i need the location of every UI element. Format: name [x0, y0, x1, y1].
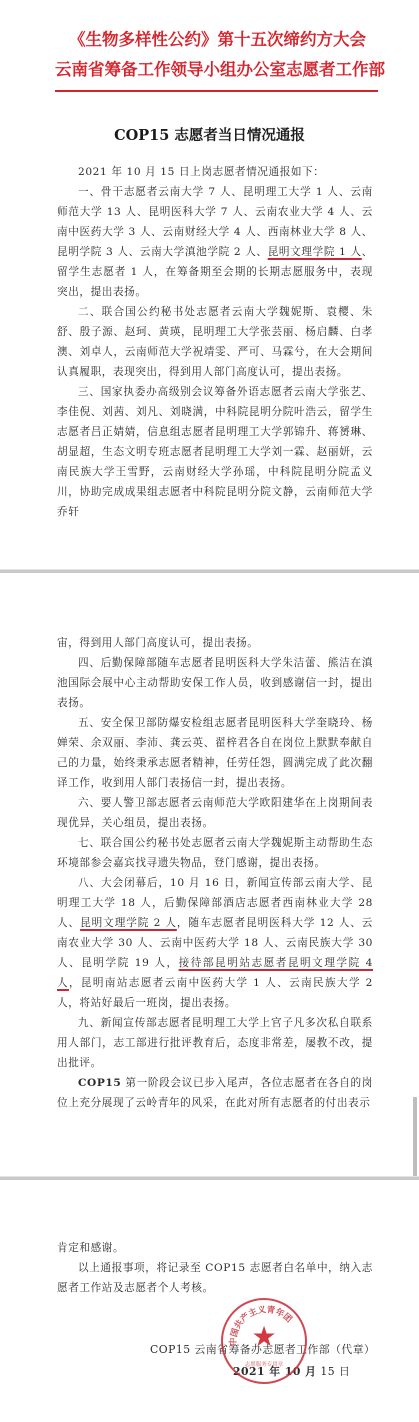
- header-red-rule: [55, 90, 378, 92]
- document-body-page-2: 宙，得到用人部门高度认可，提出表扬。 四、后勤保障部随车志愿者昆明医科大学朱洁蕾…: [57, 633, 373, 1113]
- item-3-paragraph-end: 宙，得到用人部门高度认可，提出表扬。: [57, 633, 373, 653]
- item-7-paragraph: 七、联合国公约秘书处志愿者云南大学魏妮斯主动帮助生态环境部参会嘉宾找寻遗失物品，…: [57, 833, 373, 873]
- document-body-page-1: 2021 年 10 月 15 日上岗志愿者情况通报如下： 一、骨干志愿者云南大学…: [57, 162, 373, 522]
- document-page-1: 《生物多样性公约》第十五次缔约方大会 云南省筹备工作领导小组办公室志愿者工作部 …: [0, 0, 419, 569]
- notice-paragraph: 以上通报事项，将记录至 COP15 志愿者白名单中，纳入志愿者工作站及志愿者个人…: [57, 1258, 373, 1298]
- header-title-line-1: 《生物多样性公约》第十五次缔约方大会: [55, 26, 380, 50]
- header-title-line-2: 云南省筹备工作领导小组办公室志愿者工作部: [55, 56, 380, 80]
- item-5-paragraph: 五、安全保卫部防爆安检组志愿者昆明医科大学奎晓玲、杨婵荣、余双丽、李沛、龚云英、…: [57, 713, 373, 793]
- highlight-kmwl-2: 昆明文理学院 2 人: [80, 917, 177, 929]
- item-8-paragraph: 八、大会闭幕后，10 月 16 日，新闻宣传部云南大学、昆明理工大学 18 人，…: [57, 873, 373, 1013]
- item-4-paragraph: 四、后勤保障部随车志愿者昆明医科大学朱洁蕾、熊洁在滇池国际会展中心主动帮助安保工…: [57, 653, 373, 713]
- item-9-paragraph: 九、新闻宣传部志愿者昆明理工大学上官子凡多次私自联系用人部门，志工部进行批评教育…: [57, 1013, 373, 1073]
- closing-lead: COP15: [78, 1077, 121, 1089]
- signature-date-year-month: 2021 年 10 月: [233, 1365, 316, 1378]
- item-6-paragraph: 六、要人警卫部志愿者云南师范大学欧阳建华在上岗期间表现优异，关心组员，提出表扬。: [57, 793, 373, 833]
- document-body-page-3: 肯定和感谢。 以上通报事项，将记录至 COP15 志愿者白名单中，纳入志愿者工作…: [57, 1238, 373, 1298]
- signature-block: COP15 云南省筹备办志愿者工作部（代章） 2021 年 10 月 15 日: [150, 1342, 380, 1357]
- signature-date: 2021 年 10 月 15 日: [233, 1364, 350, 1379]
- signature-org: COP15 云南省筹备办志愿者工作部（代章）: [150, 1342, 380, 1357]
- intro-paragraph: 2021 年 10 月 15 日上岗志愿者情况通报如下：: [57, 162, 373, 182]
- highlight-kmwl-1: 昆明文理学院 1 人: [268, 246, 362, 258]
- item-8-text-end: ，昆明南站志愿者云南中医药大学 1 人、云南民族大学 2 人，将站好最后一班岗，…: [57, 977, 373, 1009]
- signature-date-day: 15 日: [316, 1365, 350, 1378]
- document-title: COP15 志愿者当日情况通报: [0, 124, 419, 145]
- item-3-paragraph-start: 三、国家执委办高级别会议筹备外语志愿者云南大学张艺、李佳倪、刘茜、刘凡、刘晓满，…: [57, 382, 373, 522]
- closing-paragraph-start: COP15 第一阶段会议已步入尾声，各位志愿者在各自的岗位上充分展现了云岭青年的…: [57, 1073, 373, 1113]
- item-2-paragraph: 二、联合国公约秘书处志愿者云南大学魏妮斯、袁樱、朱舒、殷子源、赵珂、黄瑛，昆明理…: [57, 302, 373, 382]
- closing-paragraph-end: 肯定和感谢。: [57, 1238, 373, 1258]
- item-1-paragraph: 一、骨干志愿者云南大学 7 人、昆明理工大学 1 人、云南师范大学 13 人、昆…: [57, 182, 373, 302]
- document-page-3: [0, 1180, 419, 1422]
